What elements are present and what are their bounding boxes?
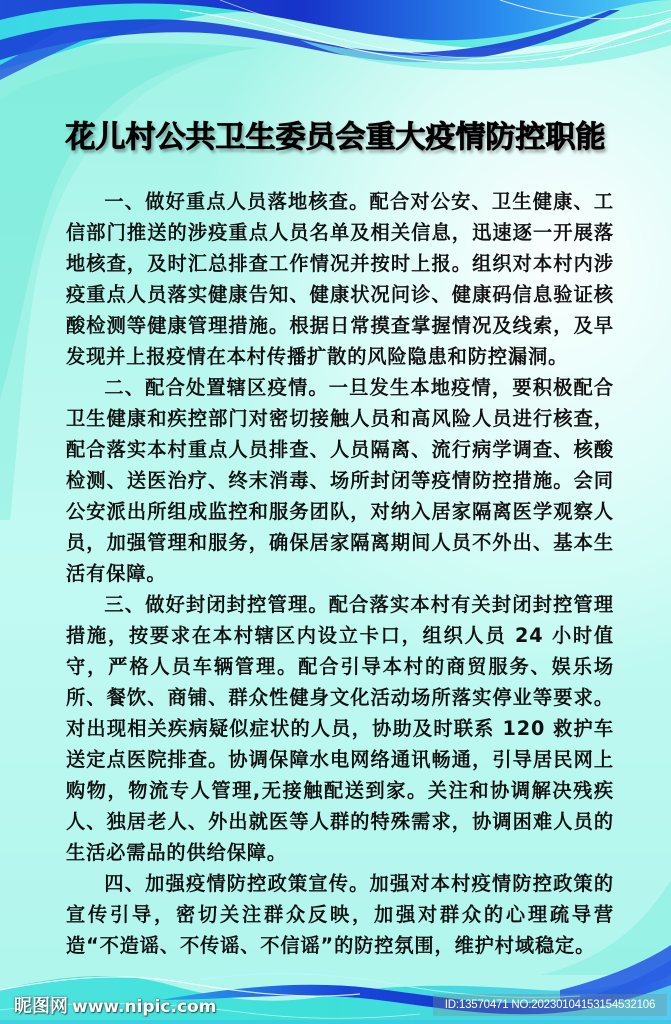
- paragraph-1: 一、做好重点人员落地核查。配合对公安、卫生健康、工信部门推送的涉疫重点人员名单及…: [66, 186, 614, 372]
- poster-title: 花儿村公共卫生委员会重大疫情防控职能: [0, 112, 671, 156]
- watermark-logo-text: 昵图网: [14, 996, 68, 1017]
- watermark-logo: 昵图网www.nipic.com: [14, 992, 216, 1018]
- paragraph-3: 三、做好封闭封控管理。配合落实本村有关封闭封控管理措施，按要求在本村辖区内设立卡…: [66, 589, 614, 868]
- paragraph-4: 四、加强疫情防控政策宣传。加强对本村疫情防控政策的宣传引导，密切关注群众反映，加…: [66, 868, 614, 961]
- poster-body: 一、做好重点人员落地核查。配合对公安、卫生健康、工信部门推送的涉疫重点人员名单及…: [66, 186, 614, 961]
- poster: 花儿村公共卫生委员会重大疫情防控职能 一、做好重点人员落地核查。配合对公安、卫生…: [0, 0, 671, 1024]
- watermark-id: ID:13570471 NO:20230104153154532106: [433, 994, 667, 1016]
- watermark-url: www.nipic.com: [72, 997, 216, 1017]
- paragraph-2: 二、配合处置辖区疫情。一旦发生本地疫情，要积极配合卫生健康和疾控部门对密切接触人…: [66, 372, 614, 589]
